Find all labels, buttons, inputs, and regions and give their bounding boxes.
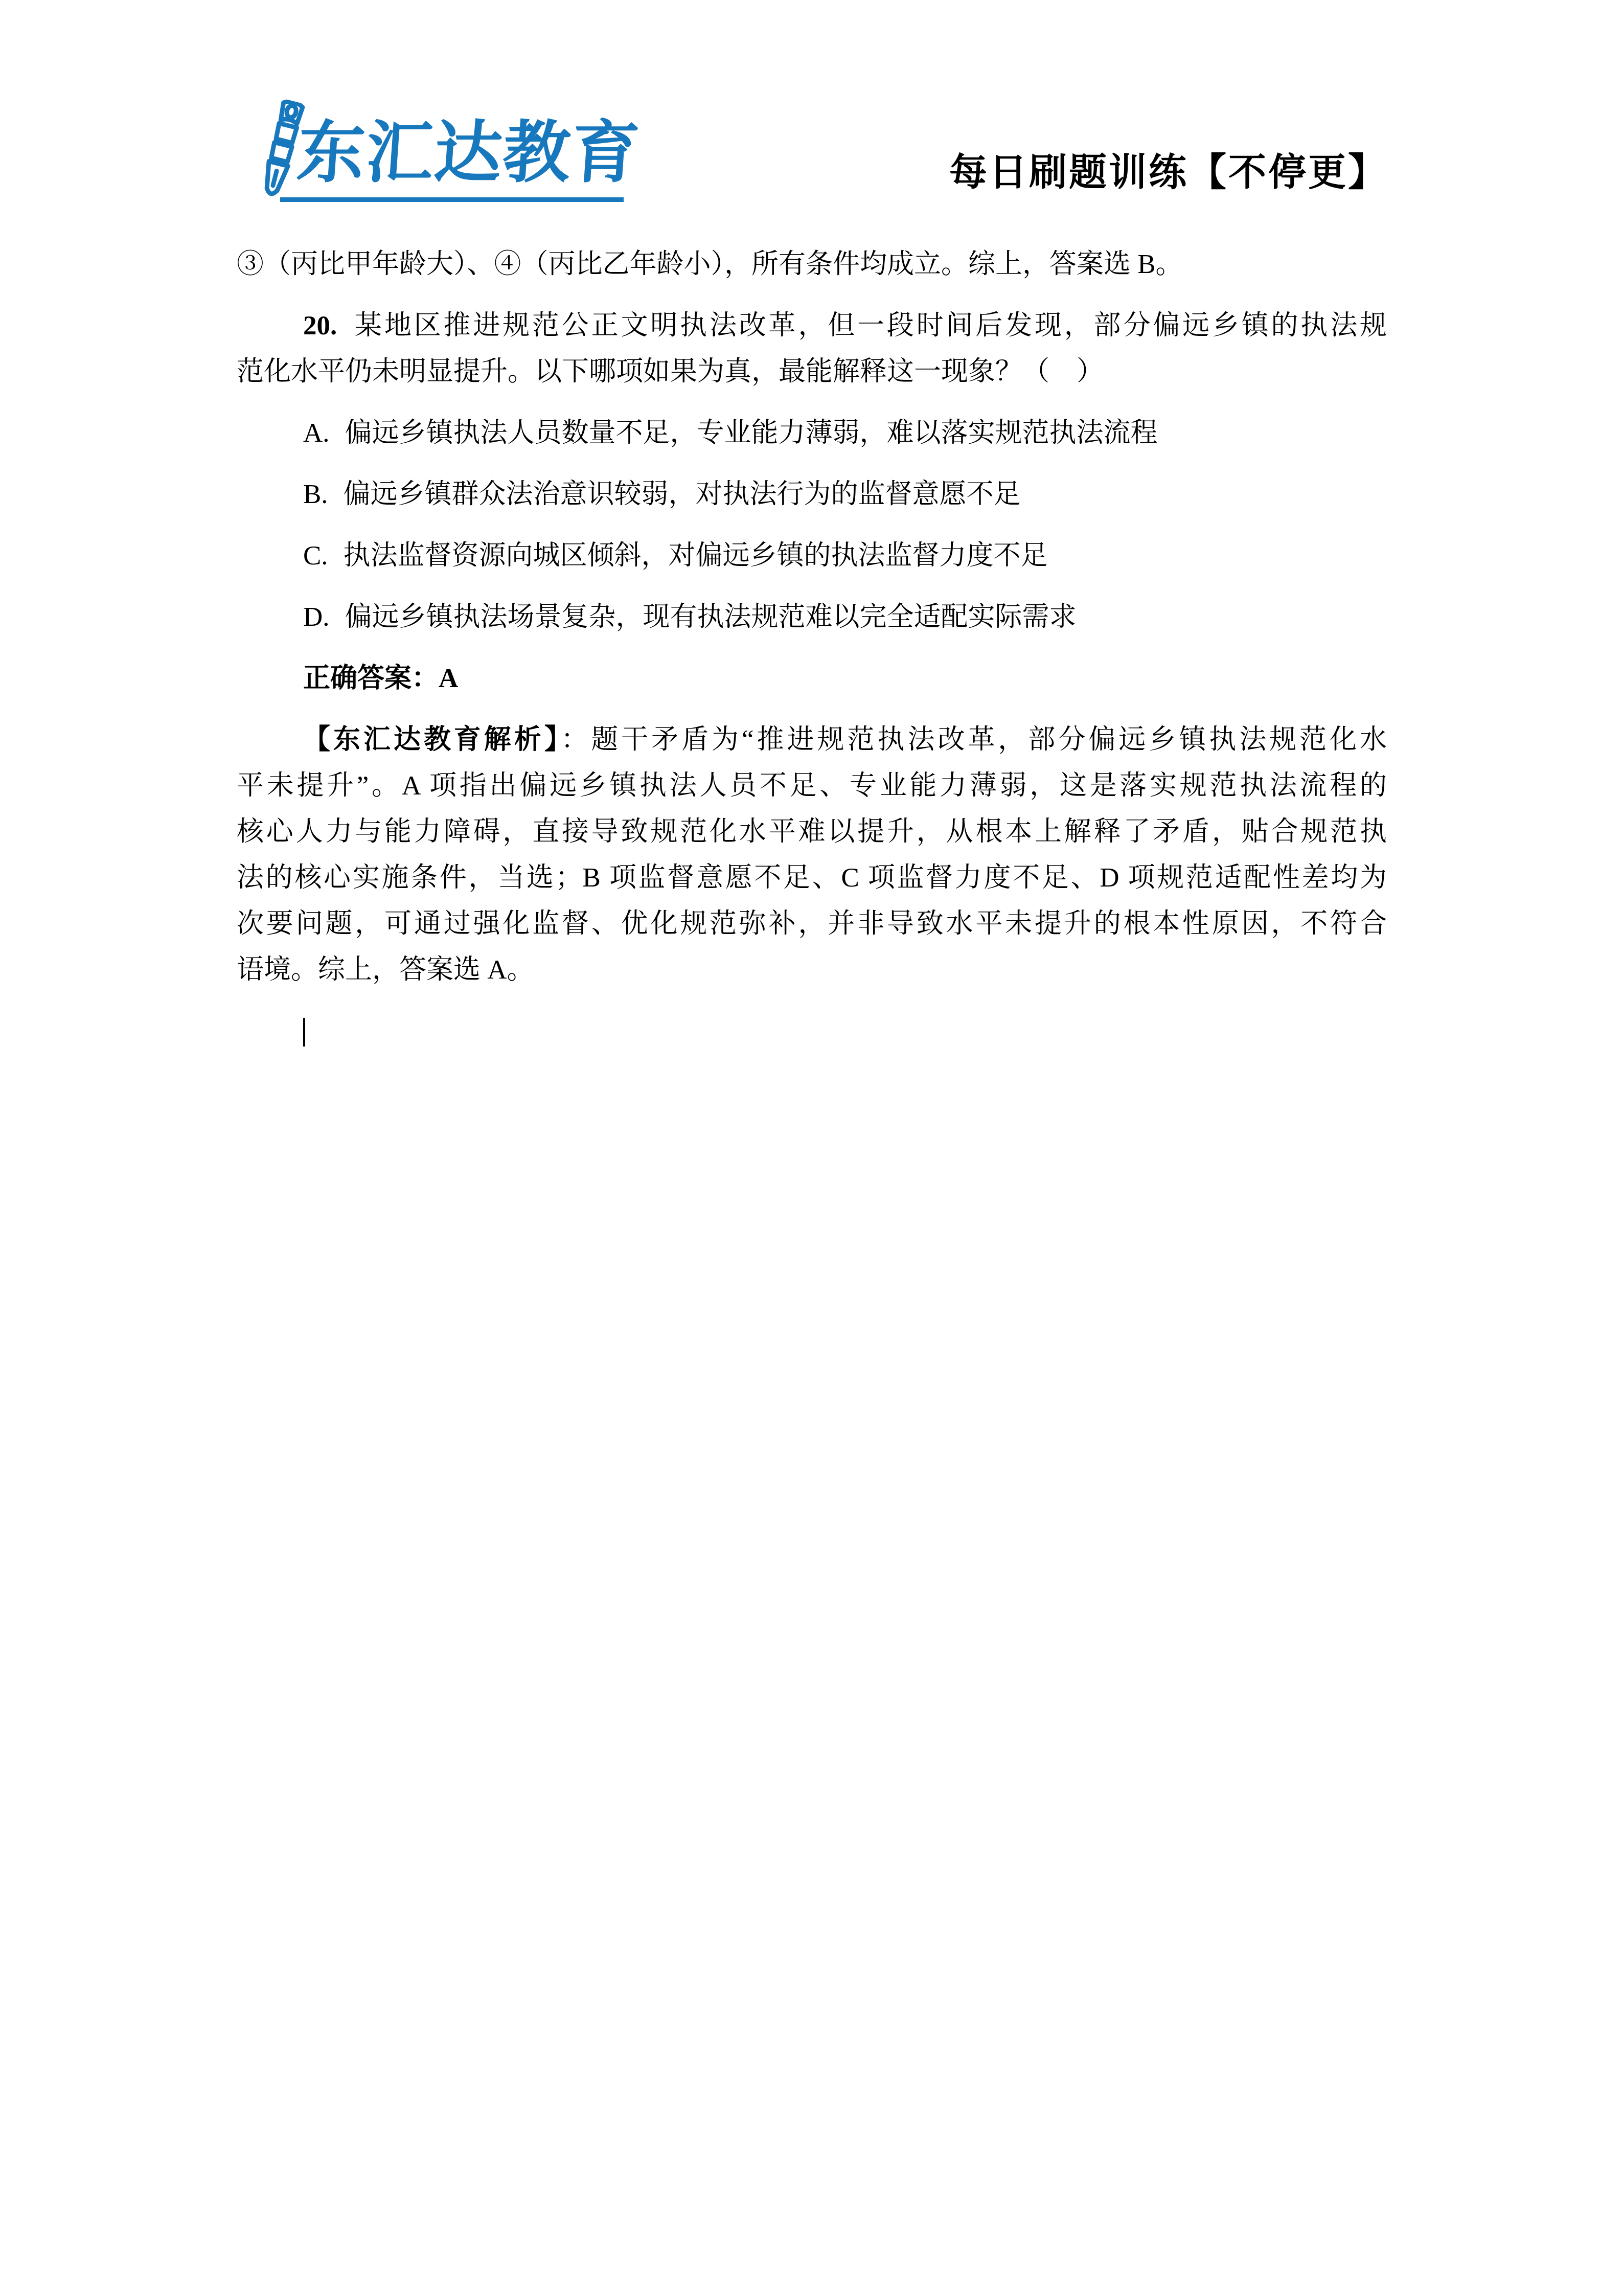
explanation-lead-colon: ：: [561, 725, 591, 755]
question-number: 20.: [303, 311, 337, 340]
header-title: 每日刷题训练【不停更】: [949, 151, 1388, 195]
option-label-a: A.: [303, 418, 330, 448]
question-line-1: 20.某地区推进规范公正文明执法改革，但一段时间后发现，部分偏远乡镇的执法规: [237, 303, 1387, 349]
document-page: 东汇达教育 每日刷题训练【不停更】 ③（丙比甲年龄大）、④（丙比乙年龄小），所有…: [0, 0, 1623, 2296]
answer-line: 正确答案：A: [237, 655, 1387, 701]
question-text-1: 某地区推进规范公正文明执法改革，但一段时间后发现，部分偏远乡镇的执法规: [352, 311, 1387, 340]
prev-answer-line: ③（丙比甲年龄大）、④（丙比乙年龄小），所有条件均成立。综上，答案选 B。: [237, 241, 1387, 287]
explanation-line-2: 平未提升”。A 项指出偏远乡镇执法人员不足、专业能力薄弱，这是落实规范执法流程的: [237, 763, 1387, 809]
option-label-d: D.: [303, 602, 330, 632]
document-text-area[interactable]: ③（丙比甲年龄大）、④（丙比乙年龄小），所有条件均成立。综上，答案选 B。 20…: [237, 241, 1387, 1054]
explanation-line-6: 语境。综上，答案选 A。: [237, 947, 1387, 993]
option-text-a: 偏远乡镇执法人员数量不足，专业能力薄弱，难以落实规范执法流程: [345, 418, 1158, 448]
explanation-paragraph: 【东汇达教育解析】：题干矛盾为“推进规范执法改革，部分偏远乡镇执法规范化水 平未…: [237, 717, 1387, 993]
option-row-a: A.偏远乡镇执法人员数量不足，专业能力薄弱，难以落实规范执法流程: [237, 410, 1387, 456]
answer-value: A: [439, 664, 458, 693]
option-row-b: B.偏远乡镇群众法治意识较弱，对执法行为的监督意愿不足: [237, 471, 1387, 517]
logo-underline: [280, 197, 624, 202]
explanation-line-3: 核心人力与能力障碍，直接导致规范化水平难以提升，从根本上解释了矛盾，贴合规范执: [237, 809, 1387, 855]
brand-logo: 东汇达教育: [244, 97, 679, 207]
explanation-lead: 【东汇达教育解析】: [303, 725, 561, 755]
empty-paragraph: [237, 1008, 1387, 1054]
prev-answer-paragraph: ③（丙比甲年龄大）、④（丙比乙年龄小），所有条件均成立。综上，答案选 B。: [237, 241, 1387, 287]
question-line-2: 范化水平仍未明显提升。以下哪项如果为真，最能解释这一现象？（ ）: [237, 349, 1387, 395]
explanation-line-5: 次要问题，可通过强化监督、优化规范弥补，并非导致水平未提升的根本性原因，不符合: [237, 901, 1387, 947]
explanation-line-1: 【东汇达教育解析】：题干矛盾为“推进规范执法改革，部分偏远乡镇执法规范化水: [237, 717, 1387, 763]
answer-label: 正确答案：: [303, 664, 439, 693]
option-label-b: B.: [303, 480, 328, 509]
question-paragraph: 20.某地区推进规范公正文明执法改革，但一段时间后发现，部分偏远乡镇的执法规 范…: [237, 303, 1387, 395]
option-row-d: D.偏远乡镇执法场景复杂，现有执法规范难以完全适配实际需求: [237, 594, 1387, 640]
explanation-text-1: 题干矛盾为“推进规范执法改革，部分偏远乡镇执法规范化水: [591, 725, 1387, 755]
option-row-c: C.执法监督资源向城区倾斜，对偏远乡镇的执法监督力度不足: [237, 533, 1387, 579]
option-label-c: C.: [303, 541, 328, 571]
option-text-c: 执法监督资源向城区倾斜，对偏远乡镇的执法监督力度不足: [344, 541, 1048, 571]
option-text-d: 偏远乡镇执法场景复杂，现有执法规范难以完全适配实际需求: [345, 602, 1077, 632]
text-cursor: [303, 1018, 305, 1047]
option-text-b: 偏远乡镇群众法治意识较弱，对执法行为的监督意愿不足: [344, 480, 1021, 509]
logo-text: 东汇达教育: [294, 110, 643, 195]
explanation-line-4: 法的核心实施条件，当选；B 项监督意愿不足、C 项监督力度不足、D 项规范适配性…: [237, 855, 1387, 901]
